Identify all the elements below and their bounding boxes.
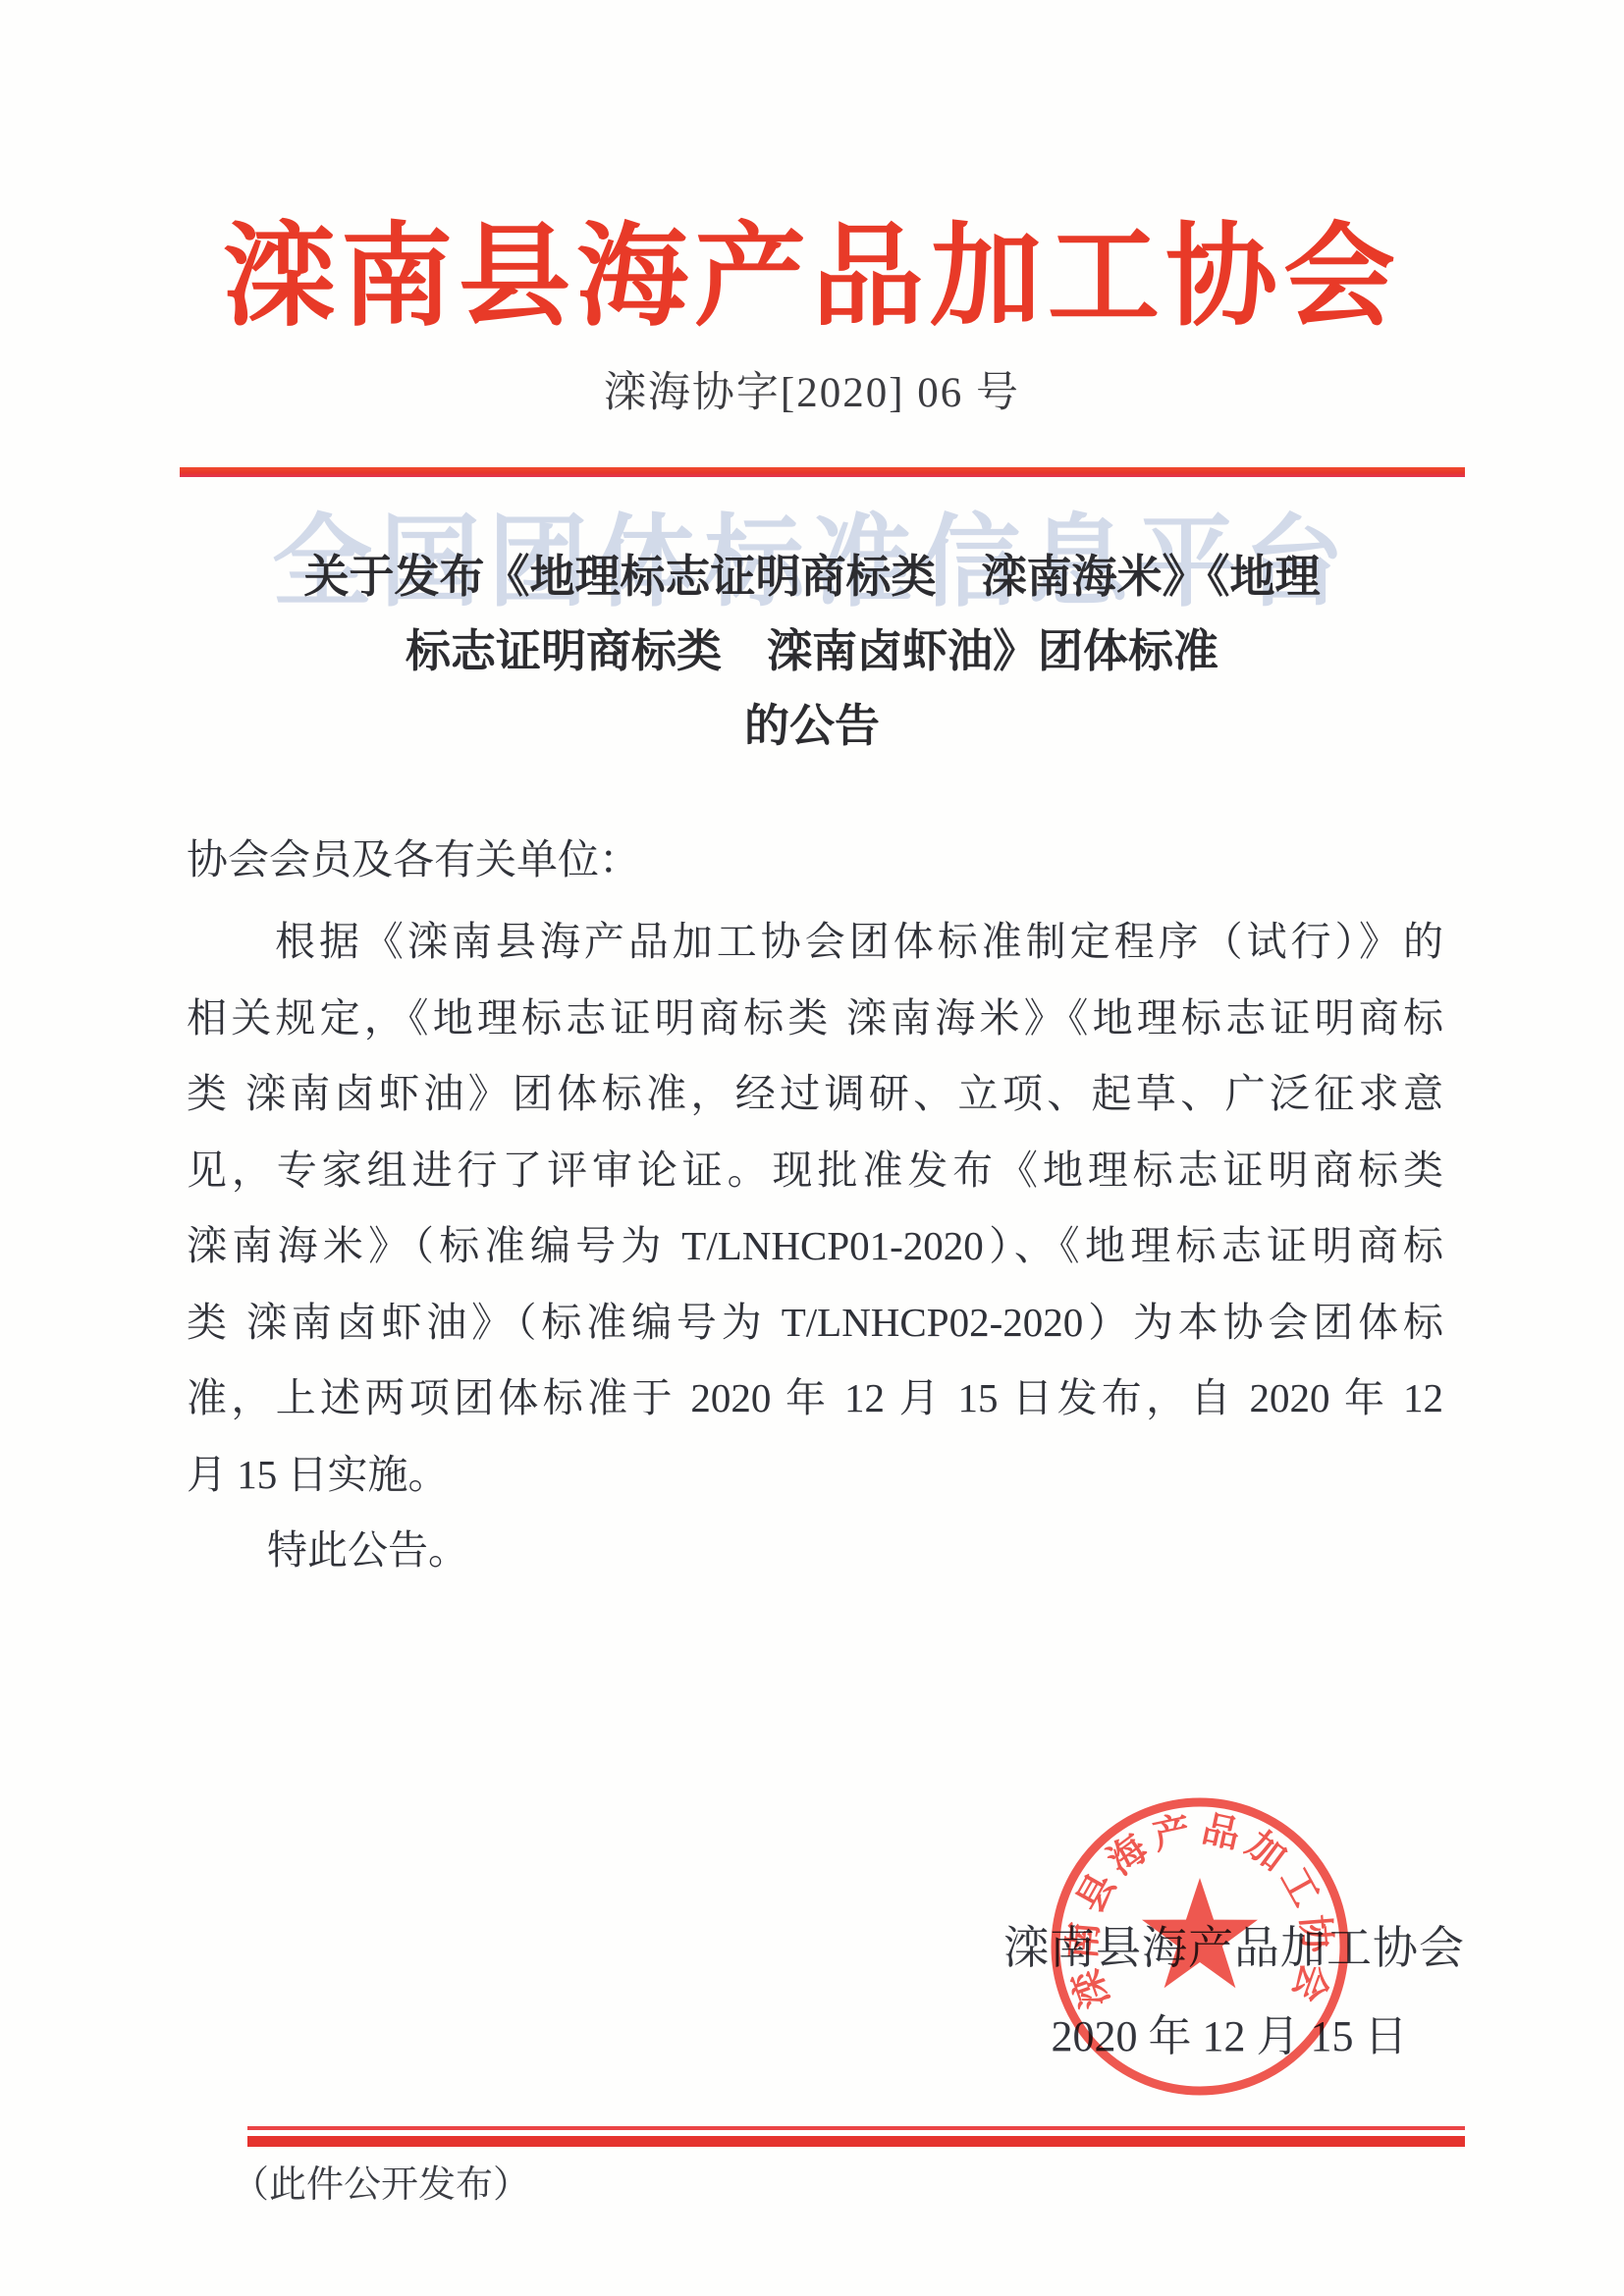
body-closing-line: 特此公告。: [187, 1513, 1443, 1589]
body-line: 类 滦南卤虾油》团体标准，经过调研、立项、起草、广泛征求意: [187, 1056, 1443, 1133]
body-line: 滦南海米》（标准编号为 T/LNHCP01-2020）、《地理标志证明商标: [187, 1208, 1443, 1285]
body-line: 类 滦南卤虾油》（标准编号为 T/LNHCP02-2020）为本协会团体标: [187, 1285, 1443, 1362]
heading-line-3: 的公告: [169, 688, 1455, 763]
body-line: 月 15 日实施。: [187, 1437, 1443, 1514]
document-number: 滦海协字[2020] 06 号: [0, 359, 1624, 419]
document-page: { "header": { "org_title": "滦南县海产品加工协会",…: [0, 0, 1624, 2296]
body-line: 相关规定，《地理标志证明商标类 滦南海米》《地理标志证明商标: [187, 981, 1443, 1057]
salutation: 协会会员及各有关单位：: [187, 828, 1443, 886]
seal-star-icon: [1142, 1878, 1258, 1988]
body-line: 准，上述两项团体标准于 2020 年 12 月 15 日发布，自 2020 年 …: [187, 1361, 1443, 1437]
heading-line-2: 标志证明商标类 滦南卤虾油》团体标准: [169, 614, 1455, 688]
body-paragraphs: 根据《滦南县海产品加工协会团体标准制定程序（试行）》的 相关规定，《地理标志证明…: [187, 904, 1443, 1589]
body-line: 见，专家组进行了评审论证。现批准发布《地理标志证明商标类: [187, 1133, 1443, 1209]
footer-rule-thin: [247, 2126, 1465, 2130]
footer-publish-note: （此件公开发布）: [232, 2154, 530, 2208]
heading-line-1: 关于发布《地理标志证明商标类 滦南海米》《地理: [169, 539, 1455, 614]
announcement-heading: 关于发布《地理标志证明商标类 滦南海米》《地理 标志证明商标类 滦南卤虾油》团体…: [169, 539, 1455, 763]
footer-rule-thick: [247, 2136, 1465, 2147]
body-line: 根据《滦南县海产品加工协会团体标准制定程序（试行）》的: [187, 904, 1443, 981]
official-seal: 滦南县海产品加工协会: [1021, 1768, 1379, 2125]
header-red-rule: [180, 467, 1465, 477]
letterhead-org-title: 滦南县海产品加工协会: [0, 187, 1624, 347]
